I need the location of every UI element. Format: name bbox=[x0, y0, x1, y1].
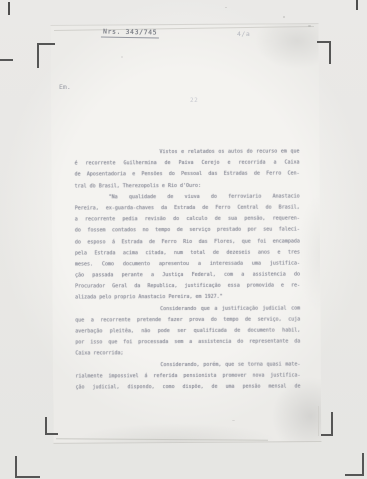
text-line: de Aposentadoria e Pensões do Pessoal da… bbox=[75, 169, 300, 181]
text-line: pela Estrada acima citada, num total de … bbox=[75, 247, 300, 259]
fiducial-tick-top-left bbox=[8, 2, 10, 15]
text-line: Considerando, porém, que se torna quasi … bbox=[75, 359, 300, 371]
text-line: ção judicial, dispondo, como dispõe, de … bbox=[75, 381, 300, 393]
margin-note: Em. bbox=[59, 83, 71, 91]
page-number-stamp: 22 bbox=[190, 97, 198, 104]
text-line: rialmente impossivel á referida pensioni… bbox=[75, 370, 300, 382]
document-text: Vistos e relatados os autos do recurso e… bbox=[74, 147, 300, 394]
dust-speck bbox=[283, 16, 285, 18]
text-line: do fossem contados no tempo de serviço p… bbox=[75, 225, 300, 237]
paper-right-edge bbox=[318, 406, 319, 436]
fiducial-bracket-outer-bottom-left bbox=[15, 456, 40, 478]
fiducial-dash-left-edge bbox=[0, 59, 13, 61]
text-line: "Na qualidade de viuva do ferroviario An… bbox=[75, 191, 300, 203]
fiducial-bracket-top-right bbox=[317, 41, 331, 64]
dust-speck bbox=[232, 420, 235, 421]
fiducial-bracket-bottom-right bbox=[321, 412, 333, 436]
dust-speck bbox=[225, 7, 227, 8]
fiducial-bracket-top-left bbox=[37, 43, 55, 68]
dust-speck bbox=[308, 25, 311, 27]
dust-speck bbox=[92, 183, 94, 185]
fiducial-bracket-outer-bottom-right bbox=[345, 453, 364, 476]
text-line: do esposo á Estrada de Ferro Rio das Flo… bbox=[75, 236, 300, 248]
fiducial-tick-top-right bbox=[356, 0, 358, 10]
text-line: por isso que foi processada sem a assist… bbox=[75, 337, 300, 349]
text-line: Procurador Geral da Republica, justifica… bbox=[75, 281, 300, 293]
fiducial-bracket-bottom-left bbox=[45, 417, 58, 435]
doc-number-stamp: Nrs. 343/745 bbox=[101, 27, 159, 38]
page-marker: 4/a bbox=[237, 30, 250, 38]
text-line: Considerando que a justificação judicial… bbox=[75, 303, 300, 315]
dust-speck bbox=[121, 56, 123, 58]
photo-frame: Nrs. 343/745 4/a Em. 22 Vistos e relatad… bbox=[0, 0, 367, 479]
